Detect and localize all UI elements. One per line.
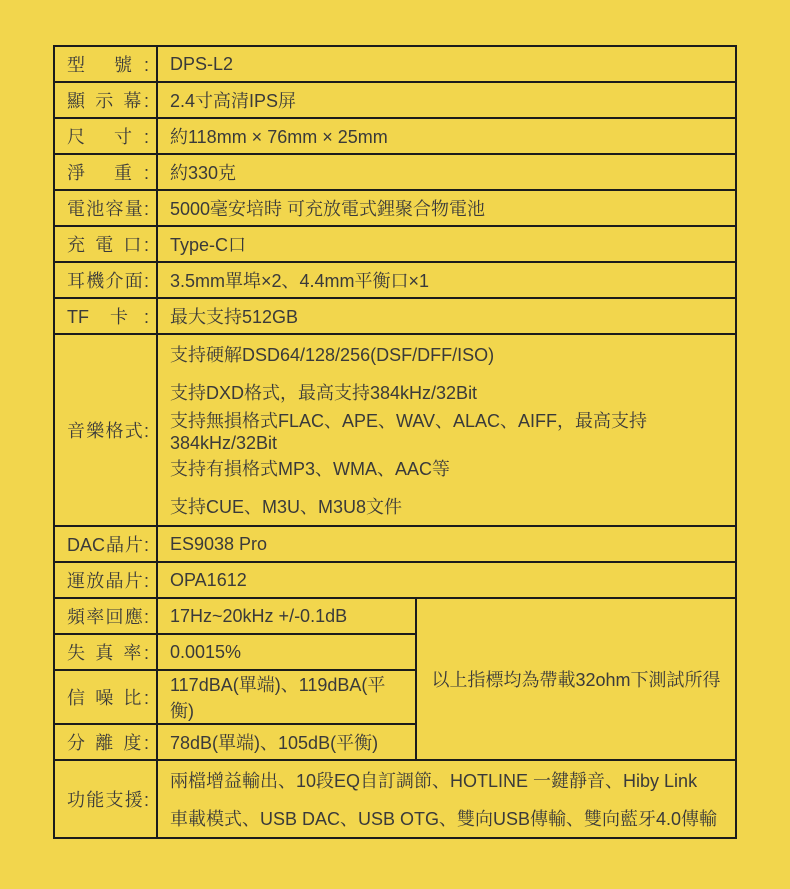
spec-value: 3.5mm單埠×2、4.4mm平衡口×1 (170, 267, 429, 293)
spec-value: ES9038 Pro (170, 534, 267, 555)
spec-row-dac-chip: DAC晶片: ES9038 Pro (55, 527, 735, 563)
spec-value: OPA1612 (170, 570, 247, 591)
spec-label: DAC晶片: (67, 531, 149, 557)
spec-row-opamp-chip: 運放晶片: OPA1612 (55, 563, 735, 599)
spec-row-weight: 淨 重: 約330克 (55, 155, 735, 191)
spec-value: 約118mm × 76mm × 25mm (170, 123, 388, 149)
spec-label: 頻率回應: (67, 603, 149, 629)
spec-label-cell: 尺 寸: (55, 119, 158, 153)
feature-line: 車載模式、USB DAC、USB OTG、雙向USB傳輸、雙向藍牙4.0傳輸 (170, 799, 735, 837)
spec-row-display: 顯 示 幕: 2.4寸高清IPS屏 (55, 83, 735, 119)
measurements-section: 頻率回應: 17Hz~20kHz +/-0.1dB 失 真 率: 0.0015%… (55, 599, 735, 761)
spec-label-cell: 顯 示 幕: (55, 83, 158, 117)
spec-value: Type-C口 (170, 231, 246, 257)
spec-label-cell: 頻率回應: (55, 599, 158, 633)
feature-line: 兩檔增益輸出、10段EQ自訂調節、HOTLINE 一鍵靜音、Hiby Link (170, 761, 735, 799)
spec-value-cell: 約118mm × 76mm × 25mm (158, 119, 735, 153)
spec-label: 分 離 度: (67, 729, 149, 755)
music-format-line: 支持有損格式MP3、WMA、AAC等 (170, 449, 735, 487)
spec-value-cell: 5000毫安培時 可充放電式鋰聚合物電池 (158, 191, 735, 225)
spec-label-cell: 分 離 度: (55, 725, 158, 759)
spec-value-cell: 3.5mm單埠×2、4.4mm平衡口×1 (158, 263, 735, 297)
spec-value: DPS-L2 (170, 54, 233, 75)
measurements-rows: 頻率回應: 17Hz~20kHz +/-0.1dB 失 真 率: 0.0015%… (55, 599, 415, 759)
spec-value: 約330克 (170, 159, 236, 185)
spec-value-cell: 最大支持512GB (158, 299, 735, 333)
spec-row-tf-card: TF 卡: 最大支持512GB (55, 299, 735, 335)
spec-value-cell: 78dB(單端)、105dB(平衡) (158, 725, 415, 759)
spec-row-snr: 信 噪 比: 117dBA(單端)、119dBA(平衡) (55, 671, 415, 725)
spec-value: 117dBA(單端)、119dBA(平衡) (170, 671, 407, 723)
spec-value: 17Hz~20kHz +/-0.1dB (170, 606, 347, 627)
spec-value-cell: OPA1612 (158, 563, 735, 597)
music-format-line: 支持無損格式FLAC、APE、WAV、ALAC、AIFF，最高支持384kHz/… (170, 411, 735, 449)
spec-row-headphone-jacks: 耳機介面: 3.5mm單埠×2、4.4mm平衡口×1 (55, 263, 735, 299)
measurement-note-cell: 以上指標均為帶載32ohm下測試所得 (415, 599, 735, 759)
spec-label: 失 真 率: (67, 639, 149, 665)
spec-label: 功能支援: (67, 786, 149, 812)
spec-value-cell: 2.4寸高清IPS屏 (158, 83, 735, 117)
spec-label-cell: 淨 重: (55, 155, 158, 189)
spec-label-cell: 耳機介面: (55, 263, 158, 297)
spec-row-frequency-response: 頻率回應: 17Hz~20kHz +/-0.1dB (55, 599, 415, 635)
spec-label-cell: 運放晶片: (55, 563, 158, 597)
spec-label: 運放晶片: (67, 567, 149, 593)
spec-value-cell: ES9038 Pro (158, 527, 735, 561)
spec-value-cell: 0.0015% (158, 635, 415, 669)
spec-row-charging-port: 充 電 口: Type-C口 (55, 227, 735, 263)
spec-label-cell: 電池容量: (55, 191, 158, 225)
spec-label-cell: DAC晶片: (55, 527, 158, 561)
music-format-line: 支持硬解DSD64/128/256(DSF/DFF/ISO) (170, 335, 735, 373)
spec-label: 音樂格式: (67, 417, 149, 443)
spec-table: 型 號: DPS-L2 顯 示 幕: 2.4寸高清IPS屏 尺 寸: 約118m… (53, 45, 737, 839)
spec-row-features: 功能支援: 兩檔增益輸出、10段EQ自訂調節、HOTLINE 一鍵靜音、Hiby… (55, 761, 735, 837)
spec-value-cell: 兩檔增益輸出、10段EQ自訂調節、HOTLINE 一鍵靜音、Hiby Link … (158, 761, 735, 837)
spec-label-cell: 音樂格式: (55, 335, 158, 525)
spec-label-cell: 功能支援: (55, 761, 158, 837)
spec-label: 電池容量: (67, 195, 149, 221)
spec-label-cell: 充 電 口: (55, 227, 158, 261)
spec-value: 最大支持512GB (170, 303, 298, 329)
spec-value: 5000毫安培時 可充放電式鋰聚合物電池 (170, 195, 485, 221)
spec-label-cell: 失 真 率: (55, 635, 158, 669)
spec-label-cell: 型 號: (55, 47, 158, 81)
spec-row-battery: 電池容量: 5000毫安培時 可充放電式鋰聚合物電池 (55, 191, 735, 227)
spec-label: TF 卡: (67, 303, 149, 329)
music-format-line: 支持DXD格式，最高支持384kHz/32Bit (170, 373, 735, 411)
spec-row-dimensions: 尺 寸: 約118mm × 76mm × 25mm (55, 119, 735, 155)
music-format-line: 支持CUE、M3U、M3U8文件 (170, 487, 735, 525)
spec-value: 0.0015% (170, 642, 241, 663)
spec-label: 型 號: (67, 51, 149, 77)
spec-value-cell: 17Hz~20kHz +/-0.1dB (158, 599, 415, 633)
spec-value: 2.4寸高清IPS屏 (170, 87, 296, 113)
spec-value-cell: DPS-L2 (158, 47, 735, 81)
spec-label: 顯 示 幕: (67, 87, 149, 113)
spec-value-cell: 117dBA(單端)、119dBA(平衡) (158, 671, 415, 723)
spec-label-cell: TF 卡: (55, 299, 158, 333)
spec-label: 充 電 口: (67, 231, 149, 257)
spec-label: 信 噪 比: (67, 684, 149, 710)
spec-row-distortion: 失 真 率: 0.0015% (55, 635, 415, 671)
spec-value-cell: Type-C口 (158, 227, 735, 261)
spec-value-cell: 約330克 (158, 155, 735, 189)
spec-label: 淨 重: (67, 159, 149, 185)
spec-value: 78dB(單端)、105dB(平衡) (170, 729, 378, 755)
spec-value-cell: 支持硬解DSD64/128/256(DSF/DFF/ISO) 支持DXD格式，最… (158, 335, 735, 525)
measurement-note: 以上指標均為帶載32ohm下測試所得 (431, 666, 720, 692)
spec-label: 耳機介面: (67, 267, 149, 293)
spec-row-model: 型 號: DPS-L2 (55, 47, 735, 83)
spec-label: 尺 寸: (67, 123, 149, 149)
spec-row-music-formats: 音樂格式: 支持硬解DSD64/128/256(DSF/DFF/ISO) 支持D… (55, 335, 735, 527)
spec-row-separation: 分 離 度: 78dB(單端)、105dB(平衡) (55, 725, 415, 759)
spec-label-cell: 信 噪 比: (55, 671, 158, 723)
